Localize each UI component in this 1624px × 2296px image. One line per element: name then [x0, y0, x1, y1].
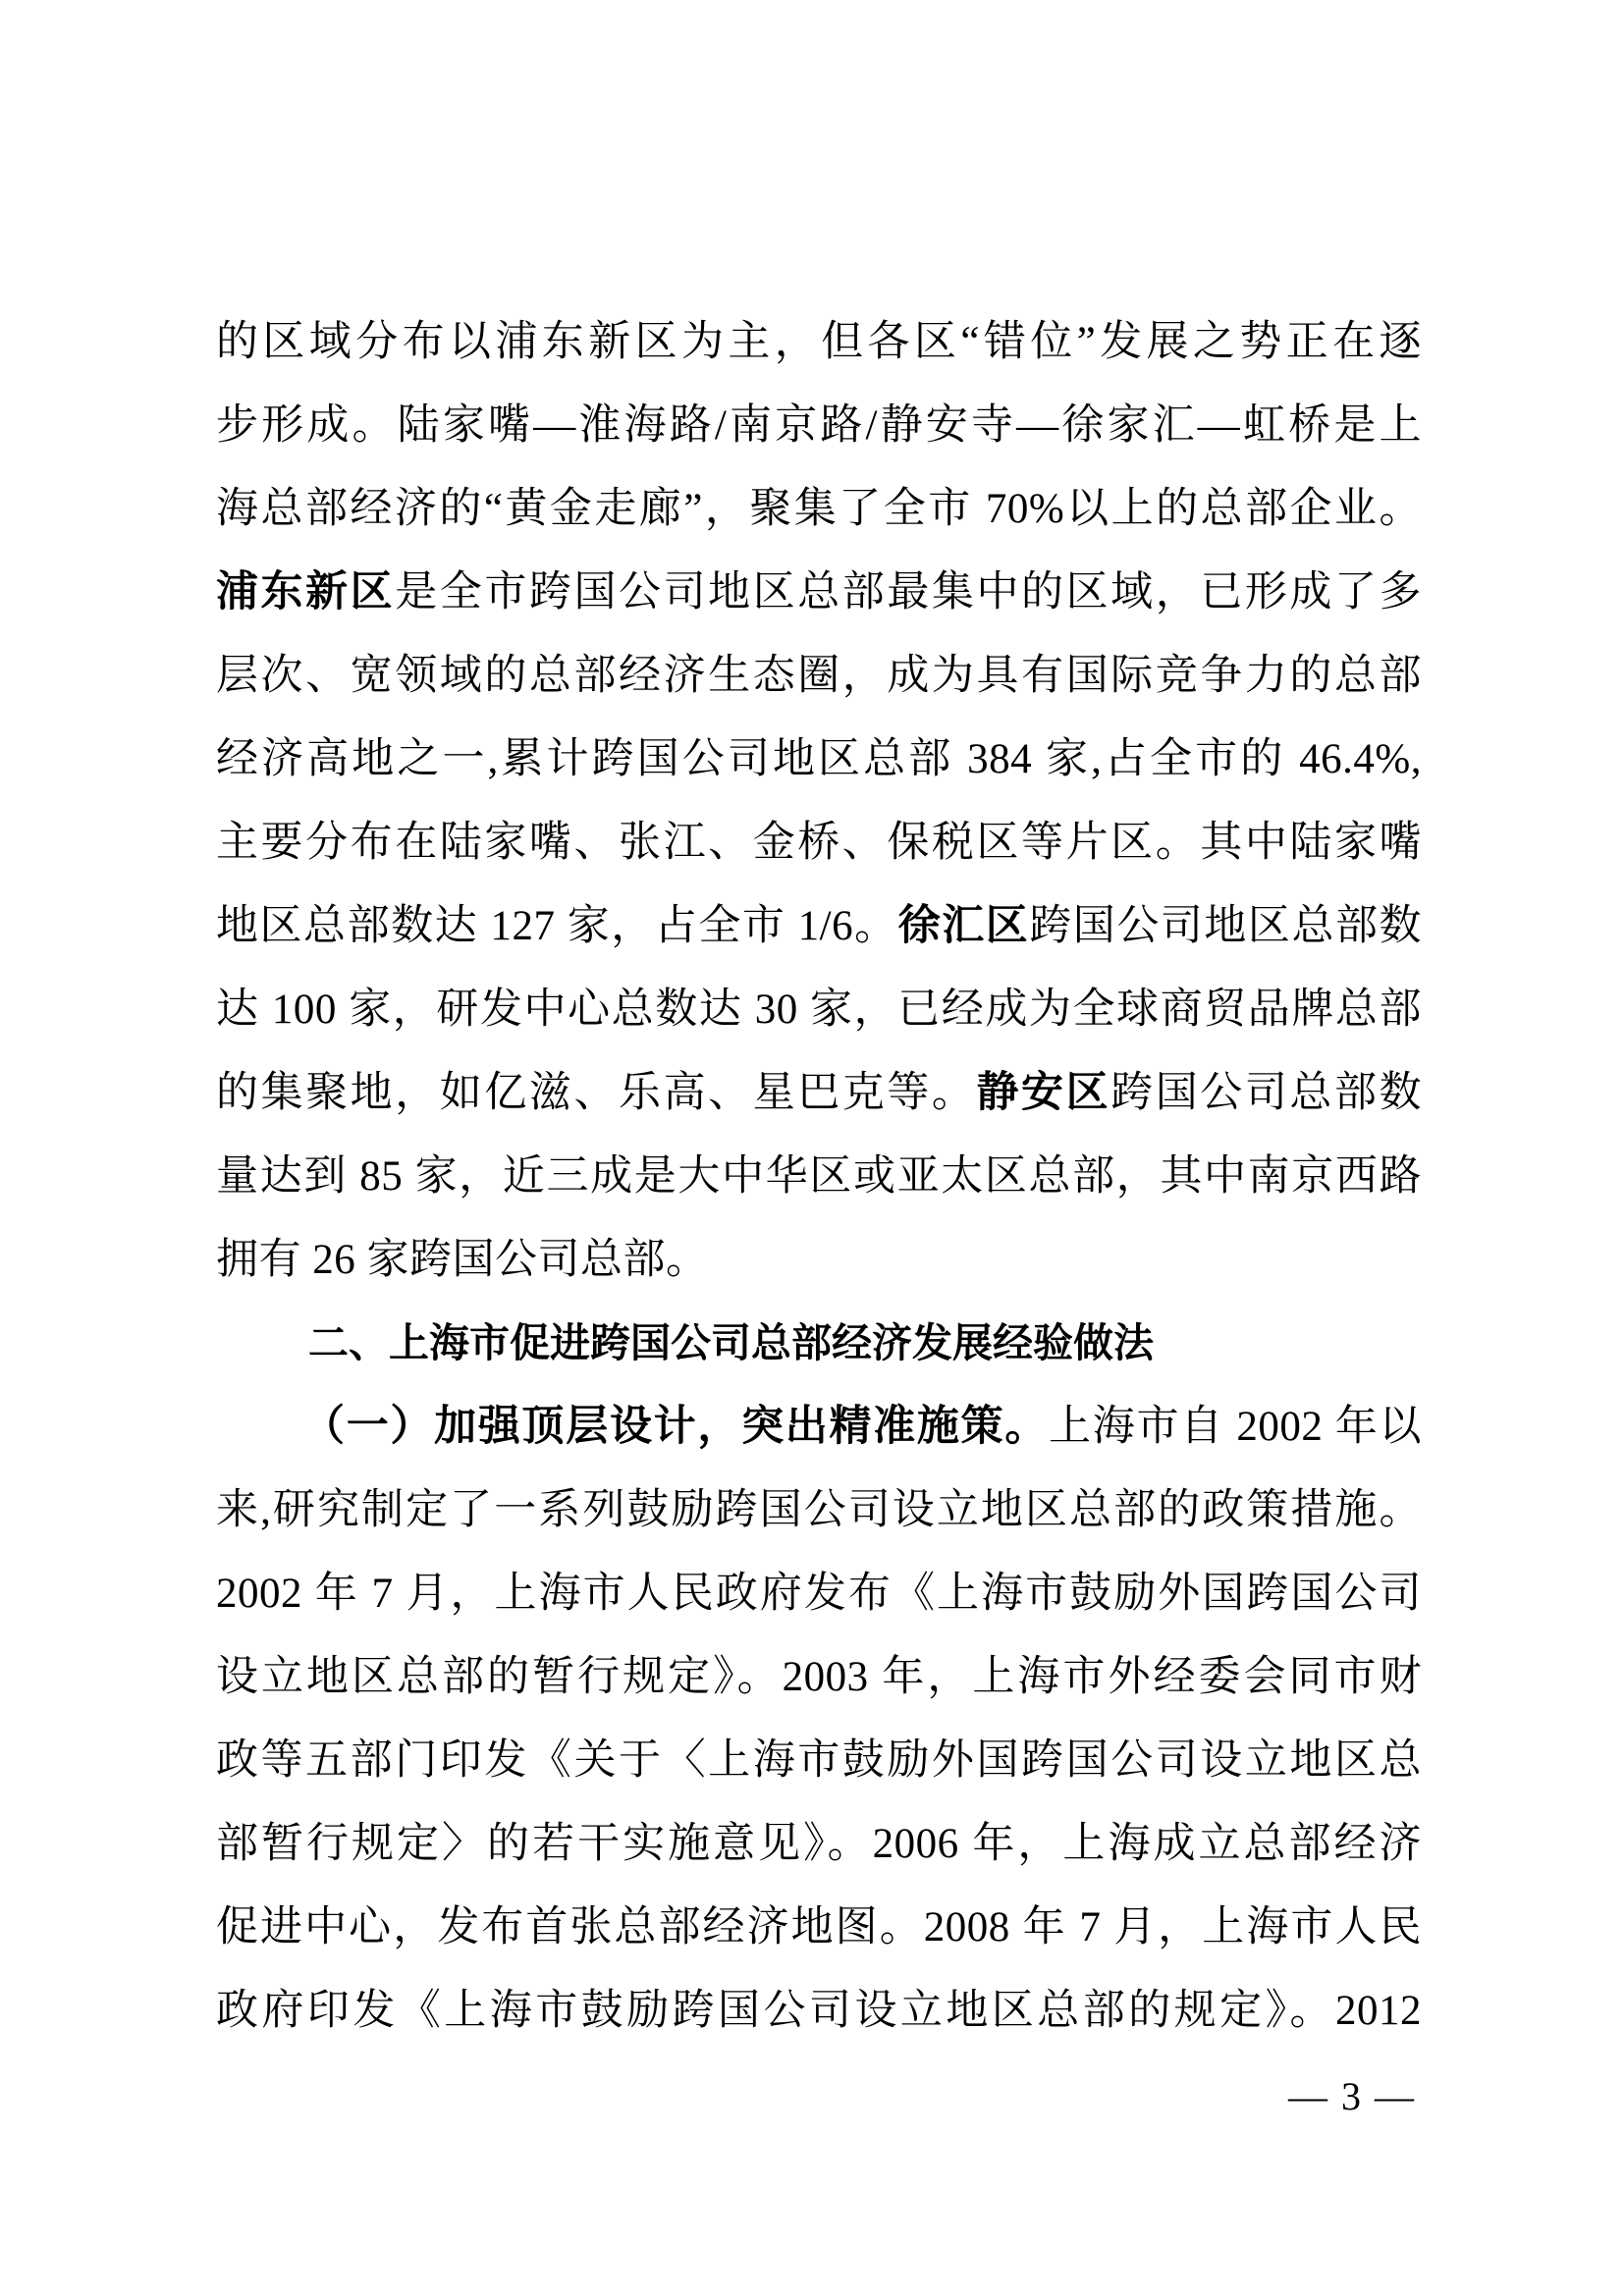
text-line: 经济高地之一,累计跨国公司地区总部 384 家,占全市的 46.4%,: [216, 718, 1422, 801]
document-page: 的区域分布以浦东新区为主，但各区“错位”发展之势正在逐步形成。陆家嘴—淮海路/南…: [0, 0, 1624, 2296]
text-line: 浦东新区是全市跨国公司地区总部最集中的区域，已形成了多: [216, 551, 1422, 634]
text-segment: 的集聚地，如亿滋、乐高、星巴克等。: [216, 1070, 976, 1116]
text-line: 的区域分布以浦东新区为主，但各区“错位”发展之势正在逐: [216, 300, 1422, 384]
text-line: 层次、宽领域的总部经济生态圈，成为具有国际竞争力的总部: [216, 634, 1422, 718]
text-segment: 地区总部数达 127 家，占全市 1/6。: [216, 903, 898, 949]
text-segment: 部暂行规定〉的若干实施意见》。2006 年，上海成立总部经济: [216, 1821, 1422, 1867]
text-line: （一）加强顶层设计，突出精准施策。上海市自 2002 年以: [216, 1385, 1422, 1468]
district-name-emphasis: 徐汇区: [898, 902, 1030, 949]
text-segment: 是全市跨国公司地区总部最集中的区域，已形成了多: [395, 569, 1422, 615]
text-line: 的集聚地，如亿滋、乐高、星巴克等。静安区跨国公司总部数: [216, 1051, 1422, 1135]
text-segment: 政府印发《上海市鼓励跨国公司设立地区总部的规定》。2012: [216, 1988, 1422, 2034]
text-segment: 上海市自 2002 年以: [1049, 1404, 1422, 1450]
text-segment: 层次、宽领域的总部经济生态圈，成为具有国际竞争力的总部: [216, 653, 1422, 699]
text-segment: 海总部经济的“黄金走廊”，聚集了全市 70%以上的总部企业。: [216, 486, 1422, 532]
text-segment: 拥有 26 家跨国公司总部。: [216, 1237, 709, 1283]
subsection-lead-in: （一）加强顶层设计，突出精准施策。: [302, 1404, 1049, 1450]
text-segment: 跨国公司总部数: [1110, 1070, 1422, 1116]
text-segment: 跨国公司地区总部数: [1029, 903, 1422, 949]
text-line: 步形成。陆家嘴—淮海路/南京路/静安寺—徐家汇—虹桥是上: [216, 384, 1422, 467]
text-line: 量达到 85 家，近三成是大中华区或亚太区总部，其中南京西路: [216, 1135, 1422, 1218]
text-segment: 量达到 85 家，近三成是大中华区或亚太区总部，其中南京西路: [216, 1153, 1422, 1200]
district-name-emphasis: 静安区: [976, 1069, 1110, 1116]
text-segment: 的区域分布以浦东新区为主，但各区“错位”发展之势正在逐: [216, 319, 1422, 365]
text-segment: 来,研究制定了一系列鼓励跨国公司设立地区总部的政策措施。: [216, 1487, 1422, 1533]
text-segment: 政等五部门印发《关于〈上海市鼓励外国跨国公司设立地区总: [216, 1737, 1422, 1784]
text-line: 拥有 26 家跨国公司总部。: [216, 1218, 1422, 1302]
text-segment: 主要分布在陆家嘴、张江、金桥、保税区等片区。其中陆家嘴: [216, 820, 1422, 866]
document-text-block: 的区域分布以浦东新区为主，但各区“错位”发展之势正在逐步形成。陆家嘴—淮海路/南…: [216, 300, 1422, 2053]
text-line: 主要分布在陆家嘴、张江、金桥、保税区等片区。其中陆家嘴: [216, 801, 1422, 884]
text-segment: 步形成。陆家嘴—淮海路/南京路/静安寺—徐家汇—虹桥是上: [216, 402, 1422, 449]
text-line: 来,研究制定了一系列鼓励跨国公司设立地区总部的政策措施。: [216, 1468, 1422, 1552]
text-segment: 设立地区总部的暂行规定》。2003 年，上海市外经委会同市财: [216, 1654, 1422, 1700]
text-segment: 达 100 家，研发中心总数达 30 家，已经成为全球商贸品牌总部: [216, 987, 1422, 1033]
text-line: 地区总部数达 127 家，占全市 1/6。徐汇区跨国公司地区总部数: [216, 884, 1422, 968]
text-line: 海总部经济的“黄金走廊”，聚集了全市 70%以上的总部企业。: [216, 467, 1422, 551]
page-number: — 3 —: [216, 2067, 1416, 2126]
text-segment: 经济高地之一,累计跨国公司地区总部 384 家,占全市的 46.4%,: [216, 736, 1422, 782]
text-line: 促进中心，发布首张总部经济地图。2008 年 7 月，上海市人民: [216, 1886, 1422, 1969]
text-line: 达 100 家，研发中心总数达 30 家，已经成为全球商贸品牌总部: [216, 968, 1422, 1051]
text-segment: 促进中心，发布首张总部经济地图。2008 年 7 月，上海市人民: [216, 1904, 1422, 1950]
district-name-emphasis: 浦东新区: [216, 568, 395, 615]
text-segment: 二、上海市促进跨国公司总部经济发展经验做法: [308, 1320, 1154, 1365]
text-line: 政等五部门印发《关于〈上海市鼓励外国跨国公司设立地区总: [216, 1719, 1422, 1802]
text-line: 政府印发《上海市鼓励跨国公司设立地区总部的规定》。2012: [216, 1969, 1422, 2053]
text-line: 部暂行规定〉的若干实施意见》。2006 年，上海成立总部经济: [216, 1802, 1422, 1886]
section-heading: 二、上海市促进跨国公司总部经济发展经验做法: [216, 1302, 1422, 1385]
text-line: 设立地区总部的暂行规定》。2003 年，上海市外经委会同市财: [216, 1635, 1422, 1719]
text-line: 2002 年 7 月，上海市人民政府发布《上海市鼓励外国跨国公司: [216, 1552, 1422, 1635]
text-segment: 2002 年 7 月，上海市人民政府发布《上海市鼓励外国跨国公司: [216, 1571, 1422, 1617]
